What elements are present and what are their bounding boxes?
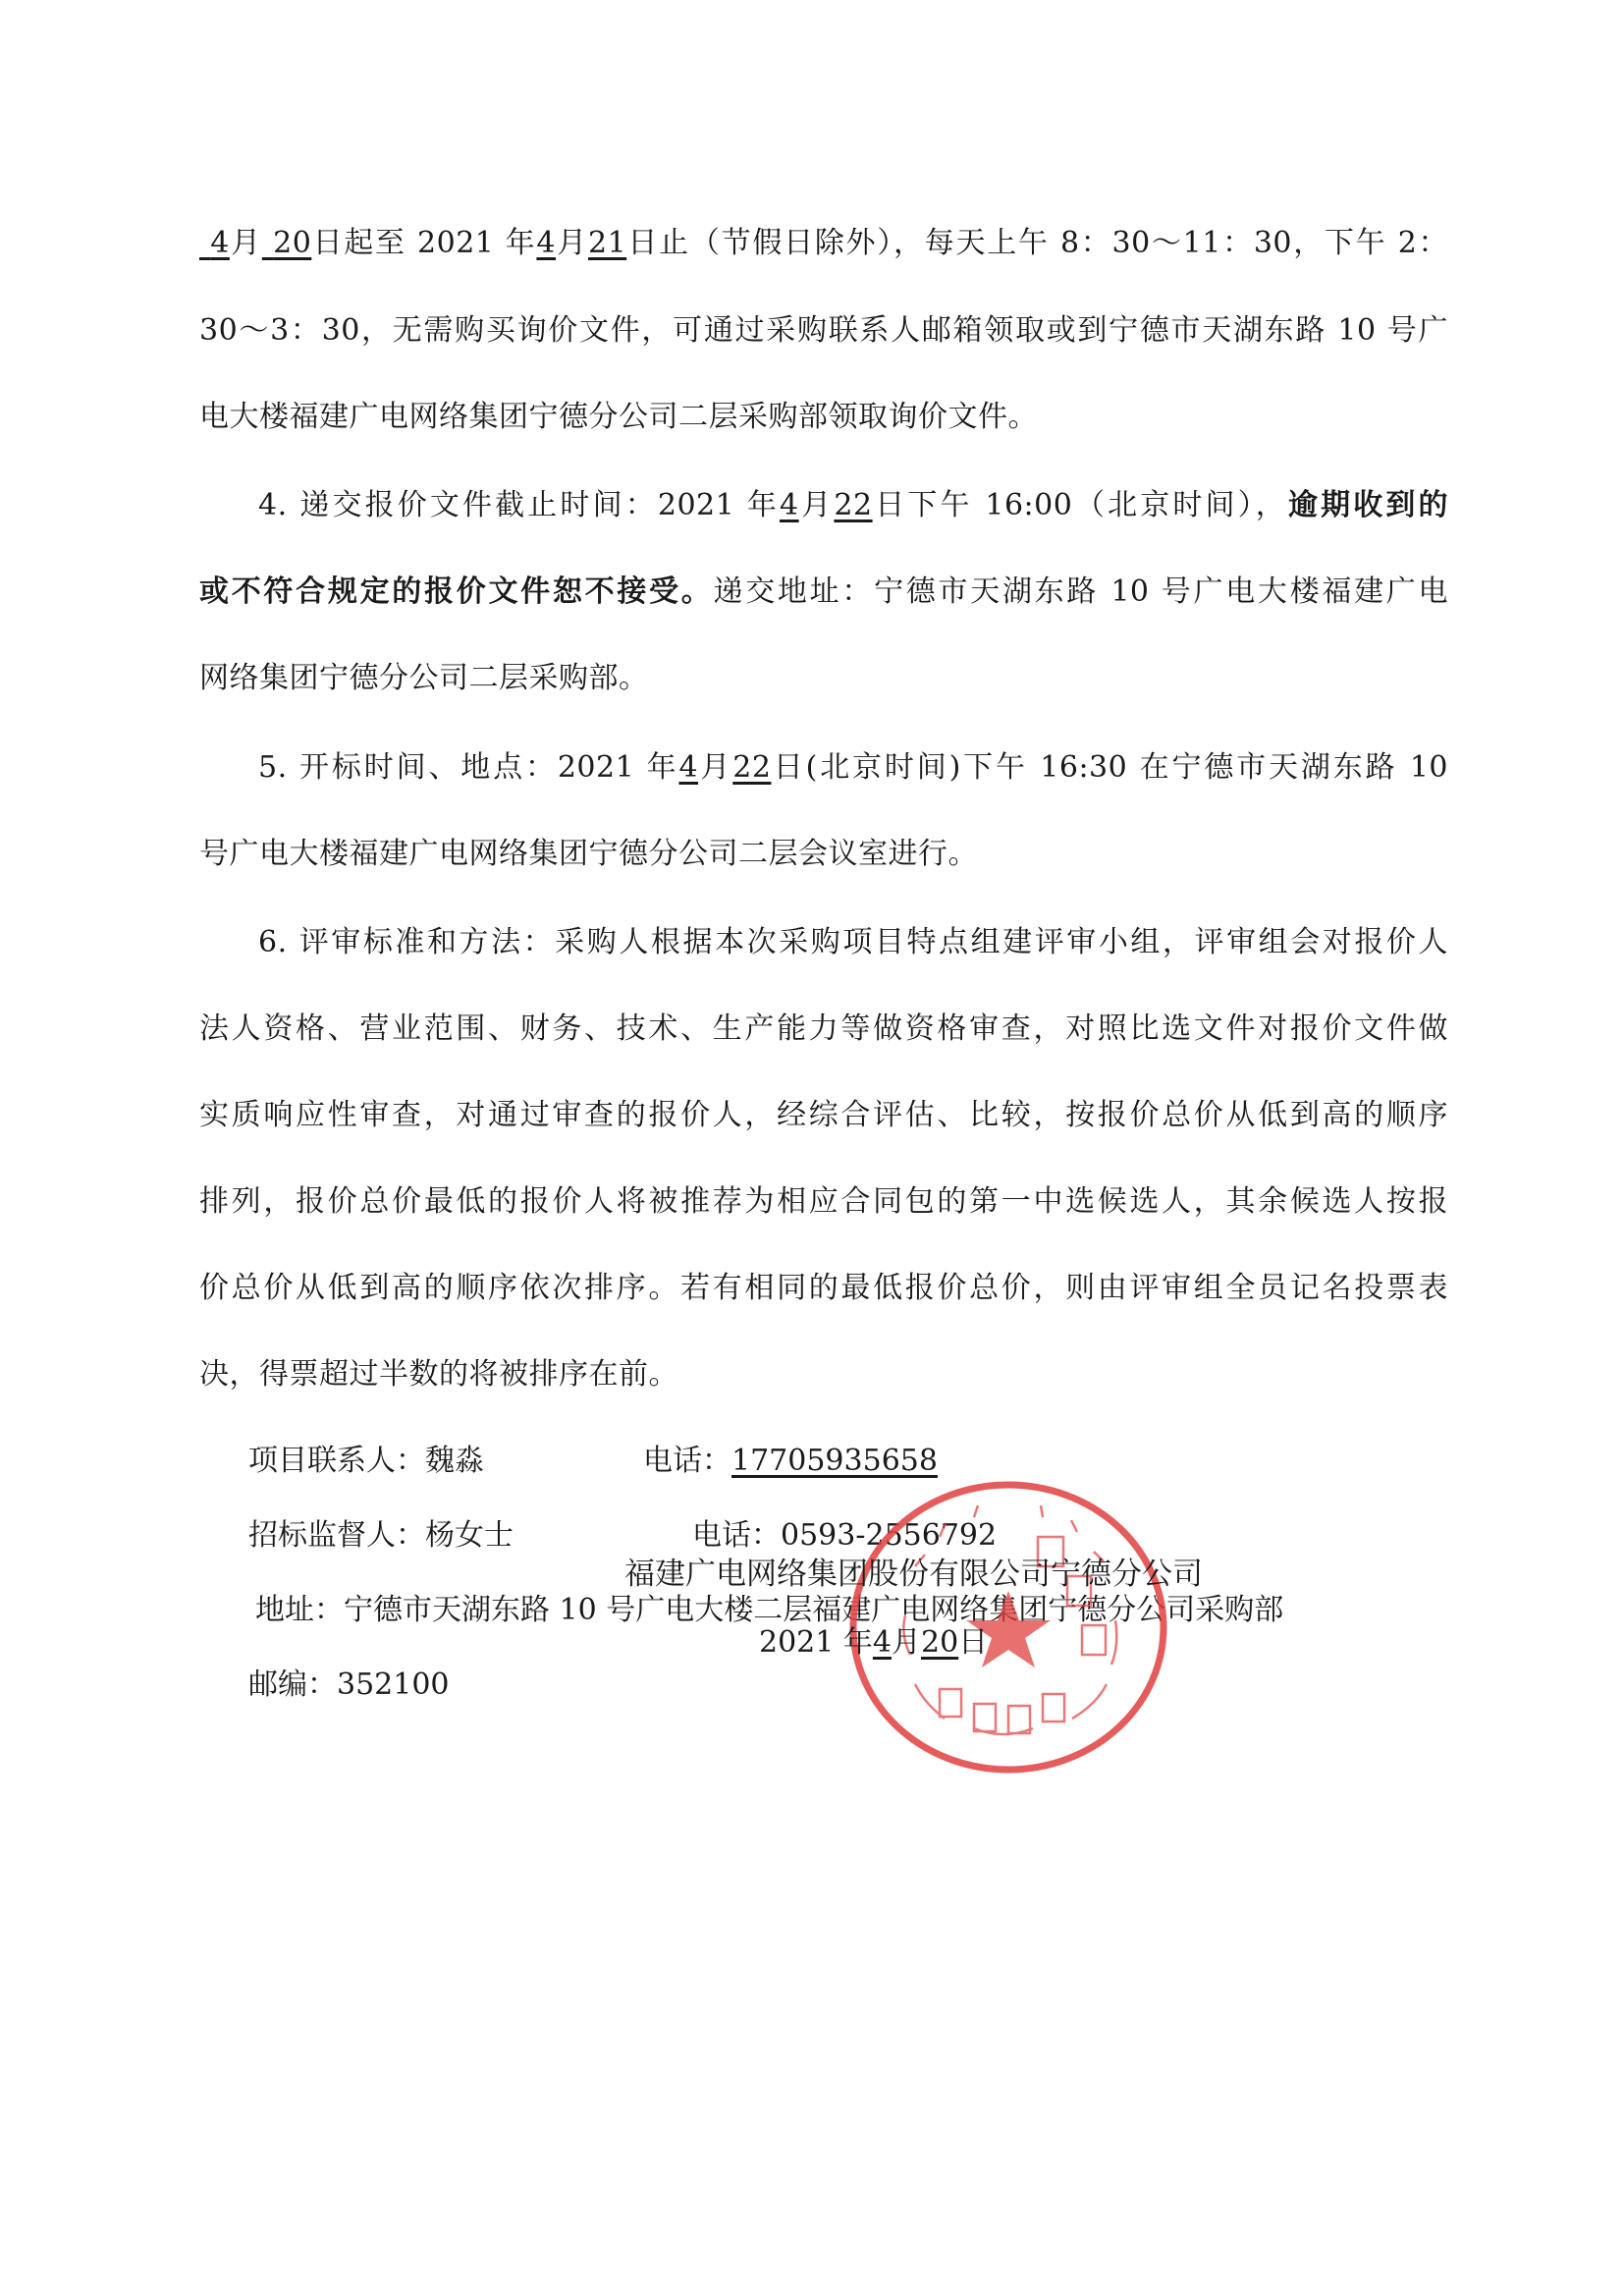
- month-underlined: 4: [873, 1625, 892, 1660]
- company-name: 福建广电网络集团股份有限公司宁德分公司: [624, 1555, 1203, 1594]
- para4-line2: 或不符合规定的报价文件恕不接受。递交地址：宁德市天湖东路 10 号广电大楼福建广…: [199, 573, 1448, 612]
- text: 月: [556, 226, 588, 260]
- para3-line1: 4月 20日起至 2021 年4月21日止（节假日除外），每天上午 8：30～1…: [199, 224, 1448, 263]
- text: 日下午 16:00（北京时间），: [873, 488, 1288, 522]
- text: 5. 开标时间、地点：2021 年: [258, 750, 678, 785]
- text: 月: [698, 750, 732, 785]
- para5-line2: 号广电大楼福建广电网络集团宁德分公司二层会议室进行。: [199, 835, 1448, 874]
- month-underlined: 4: [536, 226, 556, 260]
- day-underlined: 22: [834, 488, 872, 522]
- month-underlined: 4: [678, 750, 698, 785]
- text: 月: [799, 488, 835, 522]
- text: 日(北京时间)下午 16:30 在宁德市天湖东路 10: [771, 750, 1448, 785]
- bold-warning-text: 逾期收到的: [1288, 488, 1448, 522]
- day-underlined: 21: [588, 226, 626, 260]
- signature-date: 2021 年4月20日: [759, 1623, 988, 1663]
- text: 4. 递交报价文件截止时间：2021 年: [258, 488, 780, 522]
- para6-line2: 法人资格、营业范围、财务、技术、生产能力等做资格审查，对照比选文件对报价文件做: [199, 1010, 1448, 1049]
- day-underlined: 22: [732, 750, 771, 785]
- para6-line3: 实质响应性审查，对通过审查的报价人，经综合评估、比较，按报价总价从低到高的顺序: [199, 1096, 1448, 1135]
- text: 月: [892, 1625, 921, 1660]
- supervisor-name: 杨女士: [425, 1518, 514, 1553]
- text: 2021 年: [759, 1625, 873, 1660]
- label: 邮编：: [248, 1667, 337, 1702]
- supervisor: 招标监督人：杨女士: [248, 1516, 514, 1556]
- document-page: 4月 20日起至 2021 年4月21日止（节假日除外），每天上午 8：30～1…: [0, 0, 1623, 2296]
- text: 日: [958, 1625, 988, 1660]
- label: 电话：: [692, 1518, 781, 1553]
- project-phone: 电话：17705935658: [643, 1442, 938, 1481]
- para6-line1: 6. 评审标准和方法：采购人根据本次采购项目特点组建评审小组，评审组会对报价人: [258, 923, 1448, 962]
- para4-line3: 网络集团宁德分公司二层采购部。: [199, 659, 1448, 698]
- para4-line1: 4. 递交报价文件截止时间：2021 年4月22日下午 16:00（北京时间），…: [258, 486, 1448, 525]
- postcode: 邮编：352100: [248, 1666, 450, 1705]
- text: 日起至 2021 年: [311, 226, 536, 260]
- label: 电话：: [643, 1444, 731, 1478]
- day-underlined: 20: [921, 1625, 958, 1660]
- para3-line2: 30～3：30，无需购买询价文件，可通过采购联系人邮箱领取或到宁德市天湖东路 1…: [199, 311, 1448, 351]
- text: 月: [230, 226, 262, 260]
- label: 地址：: [255, 1593, 344, 1627]
- contact-name: 魏淼: [425, 1444, 484, 1478]
- text: 日止（节假日除外），每天上午 8：30～11：30，下午 2：: [626, 226, 1448, 260]
- phone-number: 17705935658: [731, 1444, 938, 1478]
- para6-line5: 价总价从低到高的顺序依次排序。若有相同的最低报价总价，则由评审组全员记名投票表: [199, 1269, 1448, 1308]
- para3-line3: 电大楼福建广电网络集团宁德分公司二层采购部领取询价文件。: [199, 398, 1448, 437]
- para6-line4: 排列，报价总价最低的报价人将被推荐为相应合同包的第一中选候选人，其余候选人按报: [199, 1182, 1448, 1222]
- para5-line1: 5. 开标时间、地点：2021 年4月22日(北京时间)下午 16:30 在宁德…: [258, 748, 1448, 788]
- para6-line6: 决，得票超过半数的将被排序在前。: [199, 1355, 1448, 1394]
- project-contact: 项目联系人：魏淼: [248, 1442, 484, 1481]
- text: 递交地址：宁德市天湖东路 10 号广电大楼福建广电: [713, 574, 1448, 609]
- month-underlined: 4: [199, 226, 230, 260]
- day-underlined: 20: [262, 226, 311, 260]
- label: 项目联系人：: [248, 1444, 425, 1478]
- bold-warning-text: 或不符合规定的报价文件恕不接受。: [199, 574, 713, 609]
- month-underlined: 4: [780, 488, 799, 522]
- postcode-value: 352100: [337, 1667, 450, 1702]
- label: 招标监督人：: [248, 1518, 425, 1553]
